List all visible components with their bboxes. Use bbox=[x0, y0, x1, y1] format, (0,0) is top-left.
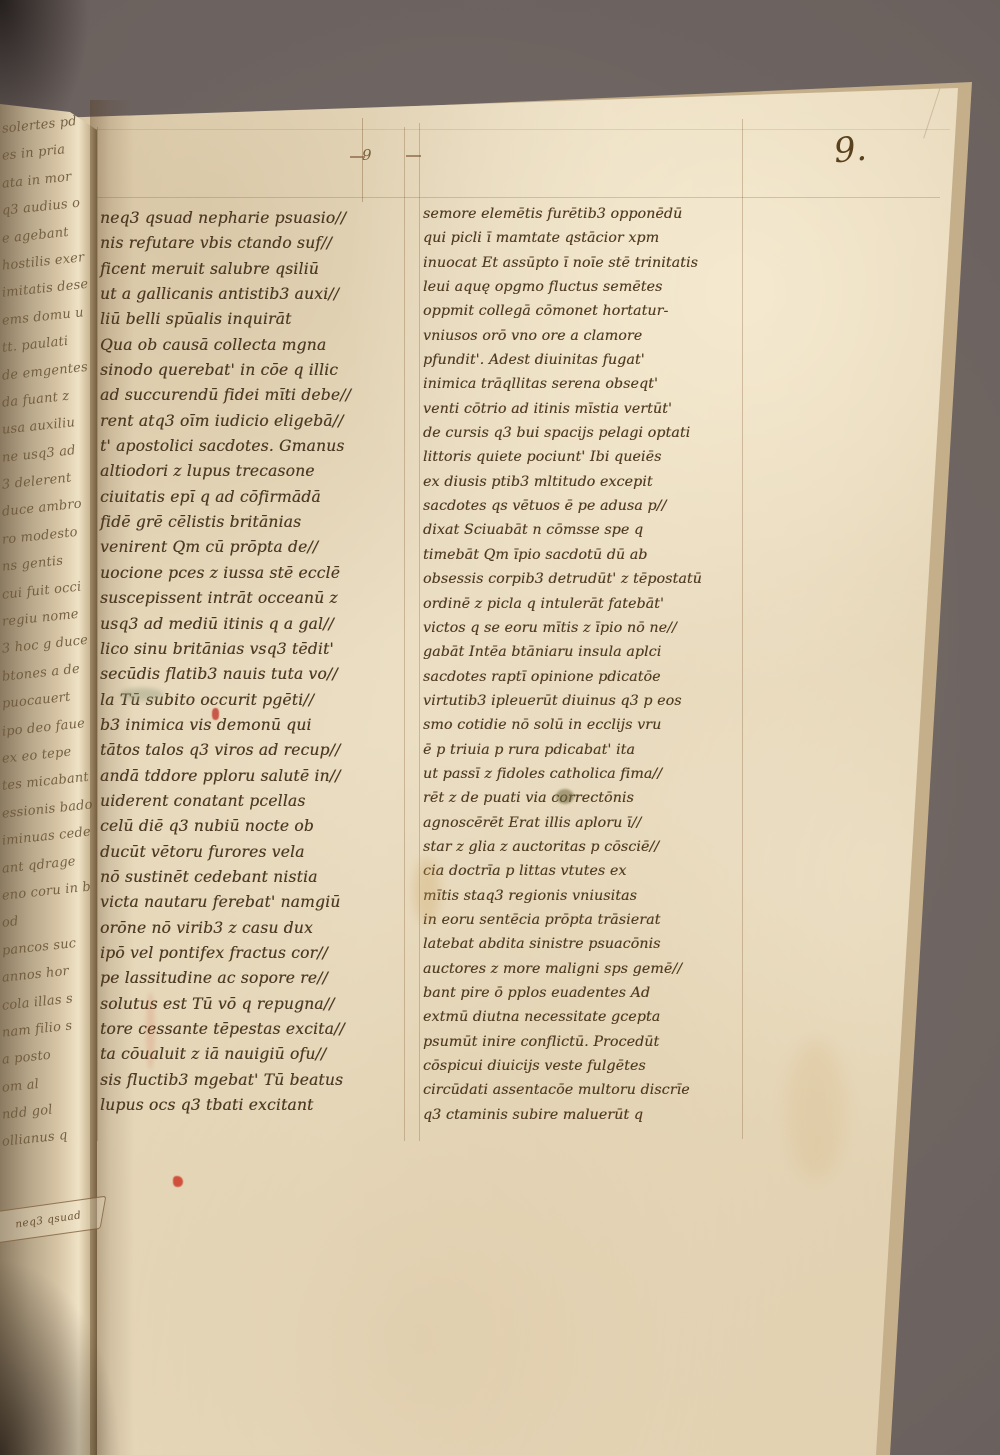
manuscript-line: ordinē z picla q intulerāt fatebāt' bbox=[423, 592, 745, 616]
manuscript-line: extmū diutna necessitate gcepta bbox=[423, 1005, 745, 1029]
ruling-line-horizontal bbox=[95, 129, 950, 130]
corner-mark: ſ. bbox=[945, 1295, 955, 1310]
manuscript-line: fidē grē cēlistis britānias bbox=[100, 510, 406, 535]
manuscript-line: liū belli spūalis inquirāt bbox=[100, 307, 406, 332]
manuscript-line: ad succurendū fidei mīti debe// bbox=[100, 383, 406, 408]
text-column-right: semore elemētis furētib3 opponēdūqui pic… bbox=[423, 202, 745, 1127]
manuscript-line: andā tddore pploru salutē in// bbox=[100, 764, 406, 789]
manuscript-line: altiodori z lupus trecasone bbox=[100, 459, 406, 484]
manuscript-line: ta cōualuit z iā nauigiū ofu// bbox=[100, 1042, 406, 1067]
manuscript-line: ipō vel pontifex fractus cor// bbox=[100, 941, 406, 966]
manuscript-line: auctores z more maligni sps gemē// bbox=[423, 957, 745, 981]
manuscript-line: suscepissent intrāt occeanū z bbox=[100, 586, 406, 611]
manuscript-line: star z glia z auctoritas p cōsciē// bbox=[423, 835, 745, 859]
manuscript-line: usq3 ad mediū itinis q a gal// bbox=[100, 612, 406, 637]
manuscript-line: nis refutare vbis ctando suf// bbox=[100, 231, 406, 256]
manuscript-line: ut a gallicanis antistib3 auxi// bbox=[100, 282, 406, 307]
manuscript-line: sis fluctib3 mgebat' Tū beatus bbox=[100, 1068, 406, 1093]
manuscript-line: lico sinu britānias vsq3 tēdit' bbox=[100, 637, 406, 662]
ruling-line-vertical bbox=[419, 123, 420, 1141]
manuscript-line: vniusos orō vno ore a clamore bbox=[423, 324, 745, 348]
manuscript-line: neq3 qsuad nepharie psuasio// bbox=[100, 206, 406, 231]
manuscript-line: solutus est Tū vō q repugna// bbox=[100, 992, 406, 1017]
manuscript-line: orōne nō virib3 z casu dux bbox=[100, 916, 406, 941]
rubric-mark bbox=[173, 1176, 183, 1187]
manuscript-line: ē p triuia p rura pdicabat' ita bbox=[423, 738, 745, 762]
manuscript-line: sacdotes raptī opinione pdicatōe bbox=[423, 665, 745, 689]
manuscript-line: oppmit collegā cōmonet hortatur- bbox=[423, 299, 745, 323]
manuscript-line: mītis staq3 regionis vniusitas bbox=[423, 884, 745, 908]
manuscript-line: victos q se eoru mītis z īpio nō ne// bbox=[423, 616, 745, 640]
manuscript-line: rent atq3 oīm iudicio eligebā// bbox=[100, 409, 406, 434]
manuscript-line: timebāt Qm īpio sacdotū dū ab bbox=[423, 543, 745, 567]
catchword-tab: neq3 qsuad bbox=[0, 1196, 106, 1245]
manuscript-line: la Tū subito occurit pgēti// bbox=[100, 688, 406, 713]
text-column-left: neq3 qsuad nepharie psuasio//nis refutar… bbox=[100, 206, 406, 1118]
manuscript-line: venti cōtrio ad itinis mīstia vertūt' bbox=[423, 397, 745, 421]
manuscript-line: leui aquę opgmo fluctus semētes bbox=[423, 275, 745, 299]
manuscript-page: 9 9. neq3 qsuad nepharie psuasio//nis re… bbox=[0, 0, 1000, 1455]
manuscript-line: ut passī z fidoles catholica fima// bbox=[423, 762, 745, 786]
manuscript-line: qui picli ī mamtate qstācior xpm bbox=[423, 226, 745, 250]
manuscript-line: secūdis flatib3 nauis tuta vo// bbox=[100, 662, 406, 687]
manuscript-line: littoris quiete pociunt' Ibi queiēs bbox=[423, 445, 745, 469]
manuscript-line: psumūt inire conflictū. Procedūt bbox=[423, 1030, 745, 1054]
folio-number: 9. bbox=[832, 129, 868, 172]
manuscript-line: rēt z de puati via correctōnis bbox=[423, 786, 745, 810]
manuscript-line: semore elemētis furētib3 opponēdū bbox=[423, 202, 745, 226]
ruling-tick bbox=[406, 155, 421, 157]
manuscript-line: tore cessante tēpestas excita// bbox=[100, 1017, 406, 1042]
manuscript-line: ex diusis ptib3 mltitudo excepit bbox=[423, 470, 745, 494]
manuscript-line: cia doctrīa p littas vtutes ex bbox=[423, 859, 745, 883]
manuscript-line: t' apostolici sacdotes. Gmanus bbox=[100, 434, 406, 459]
manuscript-line: lupus ocs q3 tbati excitant bbox=[100, 1093, 406, 1118]
manuscript-line: in eoru sentēcia prōpta trāsierat bbox=[423, 908, 745, 932]
manuscript-line: victa nautaru ferebat' namgiū bbox=[100, 890, 406, 915]
manuscript-line: q3 ctaminis subire maluerūt q bbox=[423, 1103, 745, 1127]
manuscript-line: ducūt vētoru furores vela bbox=[100, 840, 406, 865]
facing-page-edge: solertes pdes in priaata in morq3 audius… bbox=[0, 100, 97, 1455]
parchment-stain bbox=[786, 1040, 846, 1180]
manuscript-line: bant pire ō pplos euadentes Ad bbox=[423, 981, 745, 1005]
manuscript-line: cōspicui diuicijs veste fulgētes bbox=[423, 1054, 745, 1078]
catchword-label: neq3 qsuad bbox=[14, 1209, 82, 1230]
manuscript-line: virtutib3 ipleuerūt diuinus q3 p eos bbox=[423, 689, 745, 713]
gutter-shadow bbox=[90, 100, 134, 1455]
manuscript-line: tātos talos q3 viros ad recup// bbox=[100, 738, 406, 763]
manuscript-line: dixat Sciuabāt n cōmsse spe q bbox=[423, 518, 745, 542]
manuscript-line: smo cotidie nō solū in ecclijs vru bbox=[423, 713, 745, 737]
manuscript-line: gabāt Intēa btāniaru insula aplci bbox=[423, 640, 745, 664]
manuscript-line: agnoscērēt Erat illis aploru ī// bbox=[423, 811, 745, 835]
manuscript-line: obsessis corpib3 detrudūt' z tēpostatū bbox=[423, 567, 745, 591]
manuscript-line: circūdati assentacōe multoru discrīe bbox=[423, 1078, 745, 1102]
manuscript-line: uocione pces z iussa stē ecclē bbox=[100, 561, 406, 586]
manuscript-line: de cursis q3 bui spacijs pelagi optati bbox=[423, 421, 745, 445]
manuscript-line: ficent meruit salubre qsiliū bbox=[100, 257, 406, 282]
manuscript-line: celū diē q3 nubiū nocte ob bbox=[100, 814, 406, 839]
manuscript-line: sinodo querebat' in cōe q illic bbox=[100, 358, 406, 383]
manuscript-line: venirent Qm cū prōpta de// bbox=[100, 535, 406, 560]
manuscript-line: ciuitatis epī q ad cōfirmādā bbox=[100, 485, 406, 510]
manuscript-line: Qua ob causā collecta mgna bbox=[100, 333, 406, 358]
facing-page-text: solertes pdes in priaata in morq3 audius… bbox=[0, 116, 97, 1157]
manuscript-line: inimica trāqllitas serena obseqt' bbox=[423, 372, 745, 396]
manuscript-line: uiderent conatant pcellas bbox=[100, 789, 406, 814]
manuscript-line: b3 inimica vis demonū qui bbox=[100, 713, 406, 738]
manuscript-line: pfundit'. Adest diuinitas fugat' bbox=[423, 348, 745, 372]
ruling-line-horizontal bbox=[92, 197, 940, 198]
photo-backdrop: 9 9. neq3 qsuad nepharie psuasio//nis re… bbox=[0, 0, 1000, 1455]
manuscript-line: inuocat Et assūpto ī noīe stē trinitatis bbox=[423, 251, 745, 275]
manuscript-line: nō sustinēt cedebant nistia bbox=[100, 865, 406, 890]
quire-mark: 9 bbox=[362, 146, 372, 164]
manuscript-line: pe lassitudine ac sopore re// bbox=[100, 966, 406, 991]
manuscript-line: sacdotes qs vētuos ē pe adusa p// bbox=[423, 494, 745, 518]
manuscript-line: latebat abdita sinistre psuacōnis bbox=[423, 932, 745, 956]
